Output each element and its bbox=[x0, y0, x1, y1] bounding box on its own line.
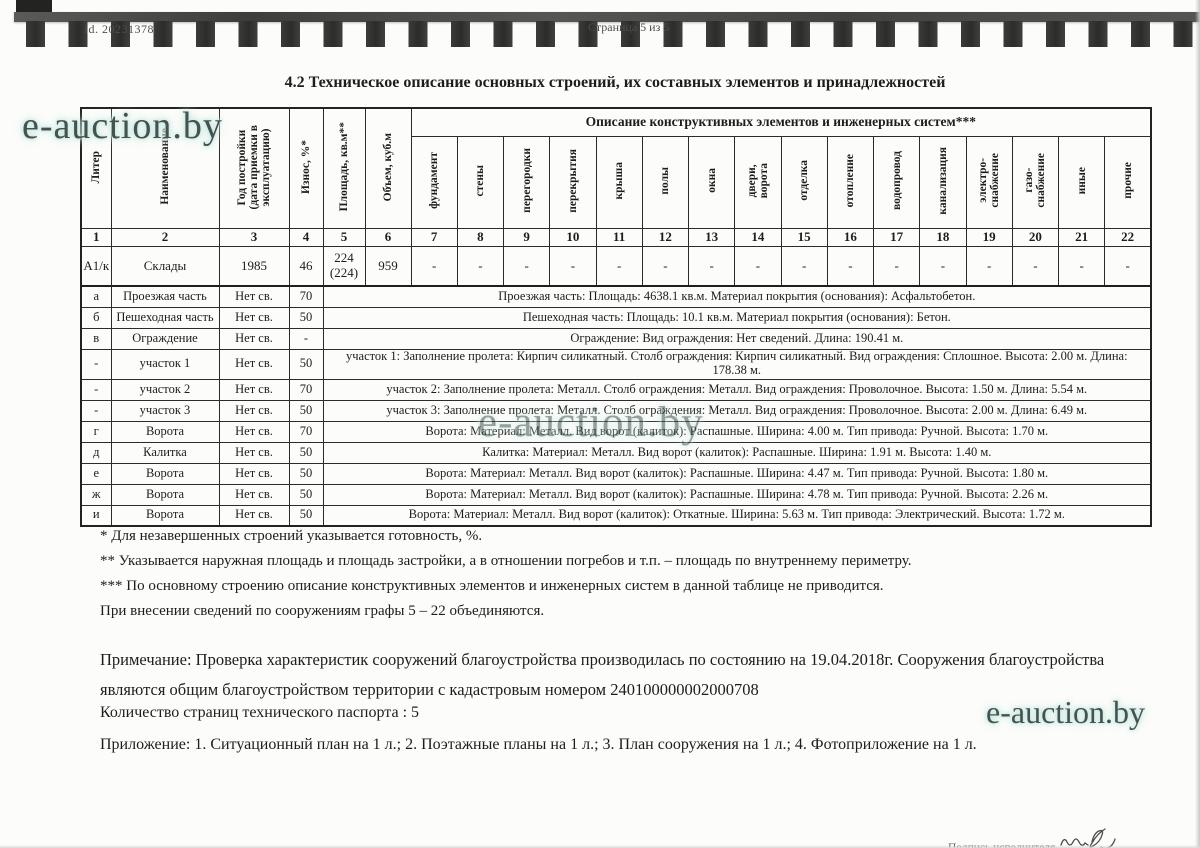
sub-row-description: Калитка: Материал: Металл. Вид ворот (ка… bbox=[323, 442, 1151, 463]
table-row: еВоротаНет св.50Ворота: Материал: Металл… bbox=[81, 463, 1151, 484]
column-header-label: крыша bbox=[613, 159, 625, 202]
column-header: Площадь, кв.м** bbox=[323, 108, 365, 228]
main-row-element-value: - bbox=[596, 246, 642, 286]
sub-row-wear: 70 bbox=[289, 286, 323, 307]
page-number-label: Страница 5 из 5 bbox=[588, 20, 669, 35]
table-row: жВоротаНет св.50Ворота: Материал: Металл… bbox=[81, 484, 1151, 505]
column-number: 3 bbox=[219, 228, 289, 246]
table-row: вОграждениеНет св.-Ограждение: Вид ограж… bbox=[81, 328, 1151, 349]
main-row-element-value: - bbox=[781, 246, 827, 286]
column-header-label: Литер bbox=[90, 148, 102, 186]
sub-row-liter: д bbox=[81, 442, 111, 463]
watermark: e-auction.by bbox=[986, 694, 1145, 731]
sub-row-description: участок 1: Заполнение пролета: Кирпич си… bbox=[323, 349, 1151, 379]
main-row-element-value: - bbox=[457, 246, 503, 286]
column-header-label: канализация bbox=[937, 144, 949, 218]
column-header-label: Износ, %* bbox=[300, 137, 312, 197]
main-row-year: 1985 bbox=[219, 246, 289, 286]
column-header: полы bbox=[642, 136, 688, 228]
sub-row-name: Ворота bbox=[111, 484, 219, 505]
column-header: канализация bbox=[920, 136, 966, 228]
column-header: перегородки bbox=[504, 136, 550, 228]
tech-table: ЛитерНаименованиеГод постройки (дата при… bbox=[80, 107, 1152, 527]
sub-row-liter: и bbox=[81, 505, 111, 526]
sub-row-description: Ворота: Материал: Металл. Вид ворот (кал… bbox=[323, 421, 1151, 442]
sub-row-wear: 50 bbox=[289, 505, 323, 526]
sub-row-description: Проезжая часть: Площадь: 4638.1 кв.м. Ма… bbox=[323, 286, 1151, 307]
column-header: газо- снабжение bbox=[1012, 136, 1058, 228]
sub-row-name: участок 3 bbox=[111, 400, 219, 421]
group-header: Описание конструктивных элементов и инже… bbox=[411, 108, 1151, 136]
column-number: 9 bbox=[504, 228, 550, 246]
table-header-row-1: ЛитерНаименованиеГод постройки (дата при… bbox=[81, 108, 1151, 136]
main-row-element-value: - bbox=[920, 246, 966, 286]
scanned-document-page: Id. 20231378 Страница 5 из 5 4.2 Техниче… bbox=[0, 0, 1200, 848]
sub-row-year: Нет св. bbox=[219, 463, 289, 484]
sub-row-year: Нет св. bbox=[219, 421, 289, 442]
main-row-element-value: - bbox=[1105, 246, 1151, 286]
sub-row-name: Пешеходная часть bbox=[111, 307, 219, 328]
column-header-label: Площадь, кв.м** bbox=[338, 119, 350, 214]
column-header: иные bbox=[1059, 136, 1105, 228]
main-row-element-value: - bbox=[1059, 246, 1105, 286]
column-header-label: электро- снабжение bbox=[977, 150, 1001, 211]
table-row: А1/кСклады198546224 (224)959------------… bbox=[81, 246, 1151, 286]
column-header-label: стены bbox=[474, 162, 486, 199]
sub-row-wear: 50 bbox=[289, 484, 323, 505]
column-header-label: отделка bbox=[798, 157, 810, 204]
column-number: 12 bbox=[642, 228, 688, 246]
column-header-label: отопление bbox=[844, 151, 856, 210]
column-header: перекрытия bbox=[550, 136, 596, 228]
main-row-element-value: - bbox=[550, 246, 596, 286]
column-header: фундамент bbox=[411, 136, 457, 228]
main-row-element-value: - bbox=[642, 246, 688, 286]
sub-row-name: Ворота bbox=[111, 421, 219, 442]
main-row-wear: 46 bbox=[289, 246, 323, 286]
sub-row-wear: 70 bbox=[289, 379, 323, 400]
column-header: электро- снабжение bbox=[966, 136, 1012, 228]
column-header-label: перегородки bbox=[521, 145, 533, 216]
column-header-label: двери, ворота bbox=[746, 160, 770, 201]
column-number: 16 bbox=[827, 228, 873, 246]
sub-row-year: Нет св. bbox=[219, 307, 289, 328]
sub-row-description: участок 3: Заполнение пролета: Металл. С… bbox=[323, 400, 1151, 421]
column-header: отопление bbox=[827, 136, 873, 228]
column-header-label: полы bbox=[659, 164, 671, 198]
main-row-element-value: - bbox=[504, 246, 550, 286]
table-row: -участок 2Нет св.70участок 2: Заполнение… bbox=[81, 379, 1151, 400]
main-row-element-value: - bbox=[874, 246, 920, 286]
column-header: водопровод bbox=[874, 136, 920, 228]
sub-row-description: Ворота: Материал: Металл. Вид ворот (кал… bbox=[323, 463, 1151, 484]
sub-row-wear: 50 bbox=[289, 349, 323, 379]
column-header: Объем, куб.м bbox=[365, 108, 411, 228]
column-number: 5 bbox=[323, 228, 365, 246]
column-header-label: фундамент bbox=[428, 149, 440, 212]
sub-row-name: участок 1 bbox=[111, 349, 219, 379]
column-number: 2 bbox=[111, 228, 219, 246]
sub-row-liter: б bbox=[81, 307, 111, 328]
column-number: 15 bbox=[781, 228, 827, 246]
column-header-label: Год постройки (дата приемки в эксплуатац… bbox=[236, 122, 272, 212]
main-row-element-value: - bbox=[1012, 246, 1058, 286]
column-number: 4 bbox=[289, 228, 323, 246]
sub-row-name: Ворота bbox=[111, 505, 219, 526]
footnote-line: При внесении сведений по сооружениям гра… bbox=[100, 599, 1150, 624]
sub-row-description: Ворота: Материал: Металл. Вид ворот (кал… bbox=[323, 505, 1151, 526]
sub-row-wear: 70 bbox=[289, 421, 323, 442]
sub-row-description: Ограждение: Вид ограждения: Нет сведений… bbox=[323, 328, 1151, 349]
column-number: 22 bbox=[1105, 228, 1151, 246]
main-row-name: Склады bbox=[111, 246, 219, 286]
column-header: стены bbox=[457, 136, 503, 228]
sub-row-wear: 50 bbox=[289, 307, 323, 328]
sub-row-year: Нет св. bbox=[219, 484, 289, 505]
column-header: крыша bbox=[596, 136, 642, 228]
sub-row-wear: - bbox=[289, 328, 323, 349]
watermark: e-auction.by bbox=[22, 104, 223, 148]
column-header-label: перекрытия bbox=[567, 146, 579, 216]
column-number: 8 bbox=[457, 228, 503, 246]
sub-row-liter: г bbox=[81, 421, 111, 442]
sub-row-year: Нет св. bbox=[219, 328, 289, 349]
sub-row-name: Калитка bbox=[111, 442, 219, 463]
section-title: 4.2 Техническое описание основных строен… bbox=[80, 74, 1150, 92]
column-numbers-row: 12345678910111213141516171819202122 bbox=[81, 228, 1151, 246]
column-header-label: окна bbox=[706, 165, 718, 196]
column-number: 6 bbox=[365, 228, 411, 246]
column-number: 7 bbox=[411, 228, 457, 246]
sub-row-description: Ворота: Материал: Металл. Вид ворот (кал… bbox=[323, 484, 1151, 505]
scan-artifact bbox=[16, 0, 52, 12]
table-row: аПроезжая частьНет св.70Проезжая часть: … bbox=[81, 286, 1151, 307]
footnote-line: *** По основному строению описание конст… bbox=[100, 574, 1150, 599]
column-number: 18 bbox=[920, 228, 966, 246]
watermark: e-auction.by bbox=[478, 398, 704, 447]
sub-row-name: Проезжая часть bbox=[111, 286, 219, 307]
sub-row-year: Нет св. bbox=[219, 286, 289, 307]
main-row-element-value: - bbox=[966, 246, 1012, 286]
main-row-liter: А1/к bbox=[81, 246, 111, 286]
sub-row-liter: ж bbox=[81, 484, 111, 505]
document-id: Id. 20231378 bbox=[84, 22, 154, 37]
sub-row-liter: - bbox=[81, 349, 111, 379]
sub-row-description: участок 2: Заполнение пролета: Металл. С… bbox=[323, 379, 1151, 400]
table-row: иВоротаНет св.50Ворота: Материал: Металл… bbox=[81, 505, 1151, 526]
column-header: отделка bbox=[781, 136, 827, 228]
sub-row-wear: 50 bbox=[289, 463, 323, 484]
scan-edge-shadow bbox=[1195, 0, 1200, 848]
main-row-element-value: - bbox=[411, 246, 457, 286]
column-header-label: Объем, куб.м bbox=[382, 130, 394, 204]
pages-count-line: Количество страниц технического паспорта… bbox=[100, 704, 419, 722]
table-row: бПешеходная частьНет св.50Пешеходная час… bbox=[81, 307, 1151, 328]
column-header-label: иные bbox=[1076, 164, 1088, 197]
column-header: Год постройки (дата приемки в эксплуатац… bbox=[219, 108, 289, 228]
column-header: Износ, %* bbox=[289, 108, 323, 228]
column-number: 20 bbox=[1012, 228, 1058, 246]
sub-row-name: участок 2 bbox=[111, 379, 219, 400]
sub-row-liter: в bbox=[81, 328, 111, 349]
sub-row-liter: - bbox=[81, 379, 111, 400]
main-row-volume: 959 bbox=[365, 246, 411, 286]
sub-row-liter: е bbox=[81, 463, 111, 484]
sub-row-wear: 50 bbox=[289, 400, 323, 421]
column-number: 11 bbox=[596, 228, 642, 246]
main-row-element-value: - bbox=[827, 246, 873, 286]
sub-row-liter: а bbox=[81, 286, 111, 307]
column-header: двери, ворота bbox=[735, 136, 781, 228]
main-row-element-value: - bbox=[689, 246, 735, 286]
column-number: 10 bbox=[550, 228, 596, 246]
sub-row-description: Пешеходная часть: Площадь: 10.1 кв.м. Ма… bbox=[323, 307, 1151, 328]
sub-row-year: Нет св. bbox=[219, 400, 289, 421]
sub-row-name: Ограждение bbox=[111, 328, 219, 349]
column-number: 1 bbox=[81, 228, 111, 246]
sub-row-year: Нет св. bbox=[219, 349, 289, 379]
sub-row-year: Нет св. bbox=[219, 379, 289, 400]
sub-row-liter: - bbox=[81, 400, 111, 421]
sub-row-wear: 50 bbox=[289, 442, 323, 463]
table-row: -участок 1Нет св.50участок 1: Заполнение… bbox=[81, 349, 1151, 379]
sub-row-year: Нет св. bbox=[219, 442, 289, 463]
column-header-label: газо- снабжение bbox=[1023, 150, 1047, 211]
main-row-area: 224 (224) bbox=[323, 246, 365, 286]
footnote-line: * Для незавершенных строений указывается… bbox=[100, 524, 1150, 549]
column-number: 21 bbox=[1059, 228, 1105, 246]
sub-row-year: Нет св. bbox=[219, 505, 289, 526]
appendix-line: Приложение: 1. Ситуационный план на 1 л.… bbox=[100, 736, 977, 754]
footnote-line: ** Указывается наружная площадь и площад… bbox=[100, 549, 1150, 574]
column-header: прочие bbox=[1105, 136, 1151, 228]
sub-row-name: Ворота bbox=[111, 463, 219, 484]
column-number: 13 bbox=[689, 228, 735, 246]
column-number: 17 bbox=[874, 228, 920, 246]
footnotes-block: * Для незавершенных строений указывается… bbox=[100, 524, 1150, 624]
column-number: 19 bbox=[966, 228, 1012, 246]
main-row-element-value: - bbox=[735, 246, 781, 286]
column-header-label: водопровод bbox=[891, 148, 903, 213]
column-number: 14 bbox=[735, 228, 781, 246]
column-header-label: прочие bbox=[1122, 159, 1134, 202]
column-header: окна bbox=[689, 136, 735, 228]
